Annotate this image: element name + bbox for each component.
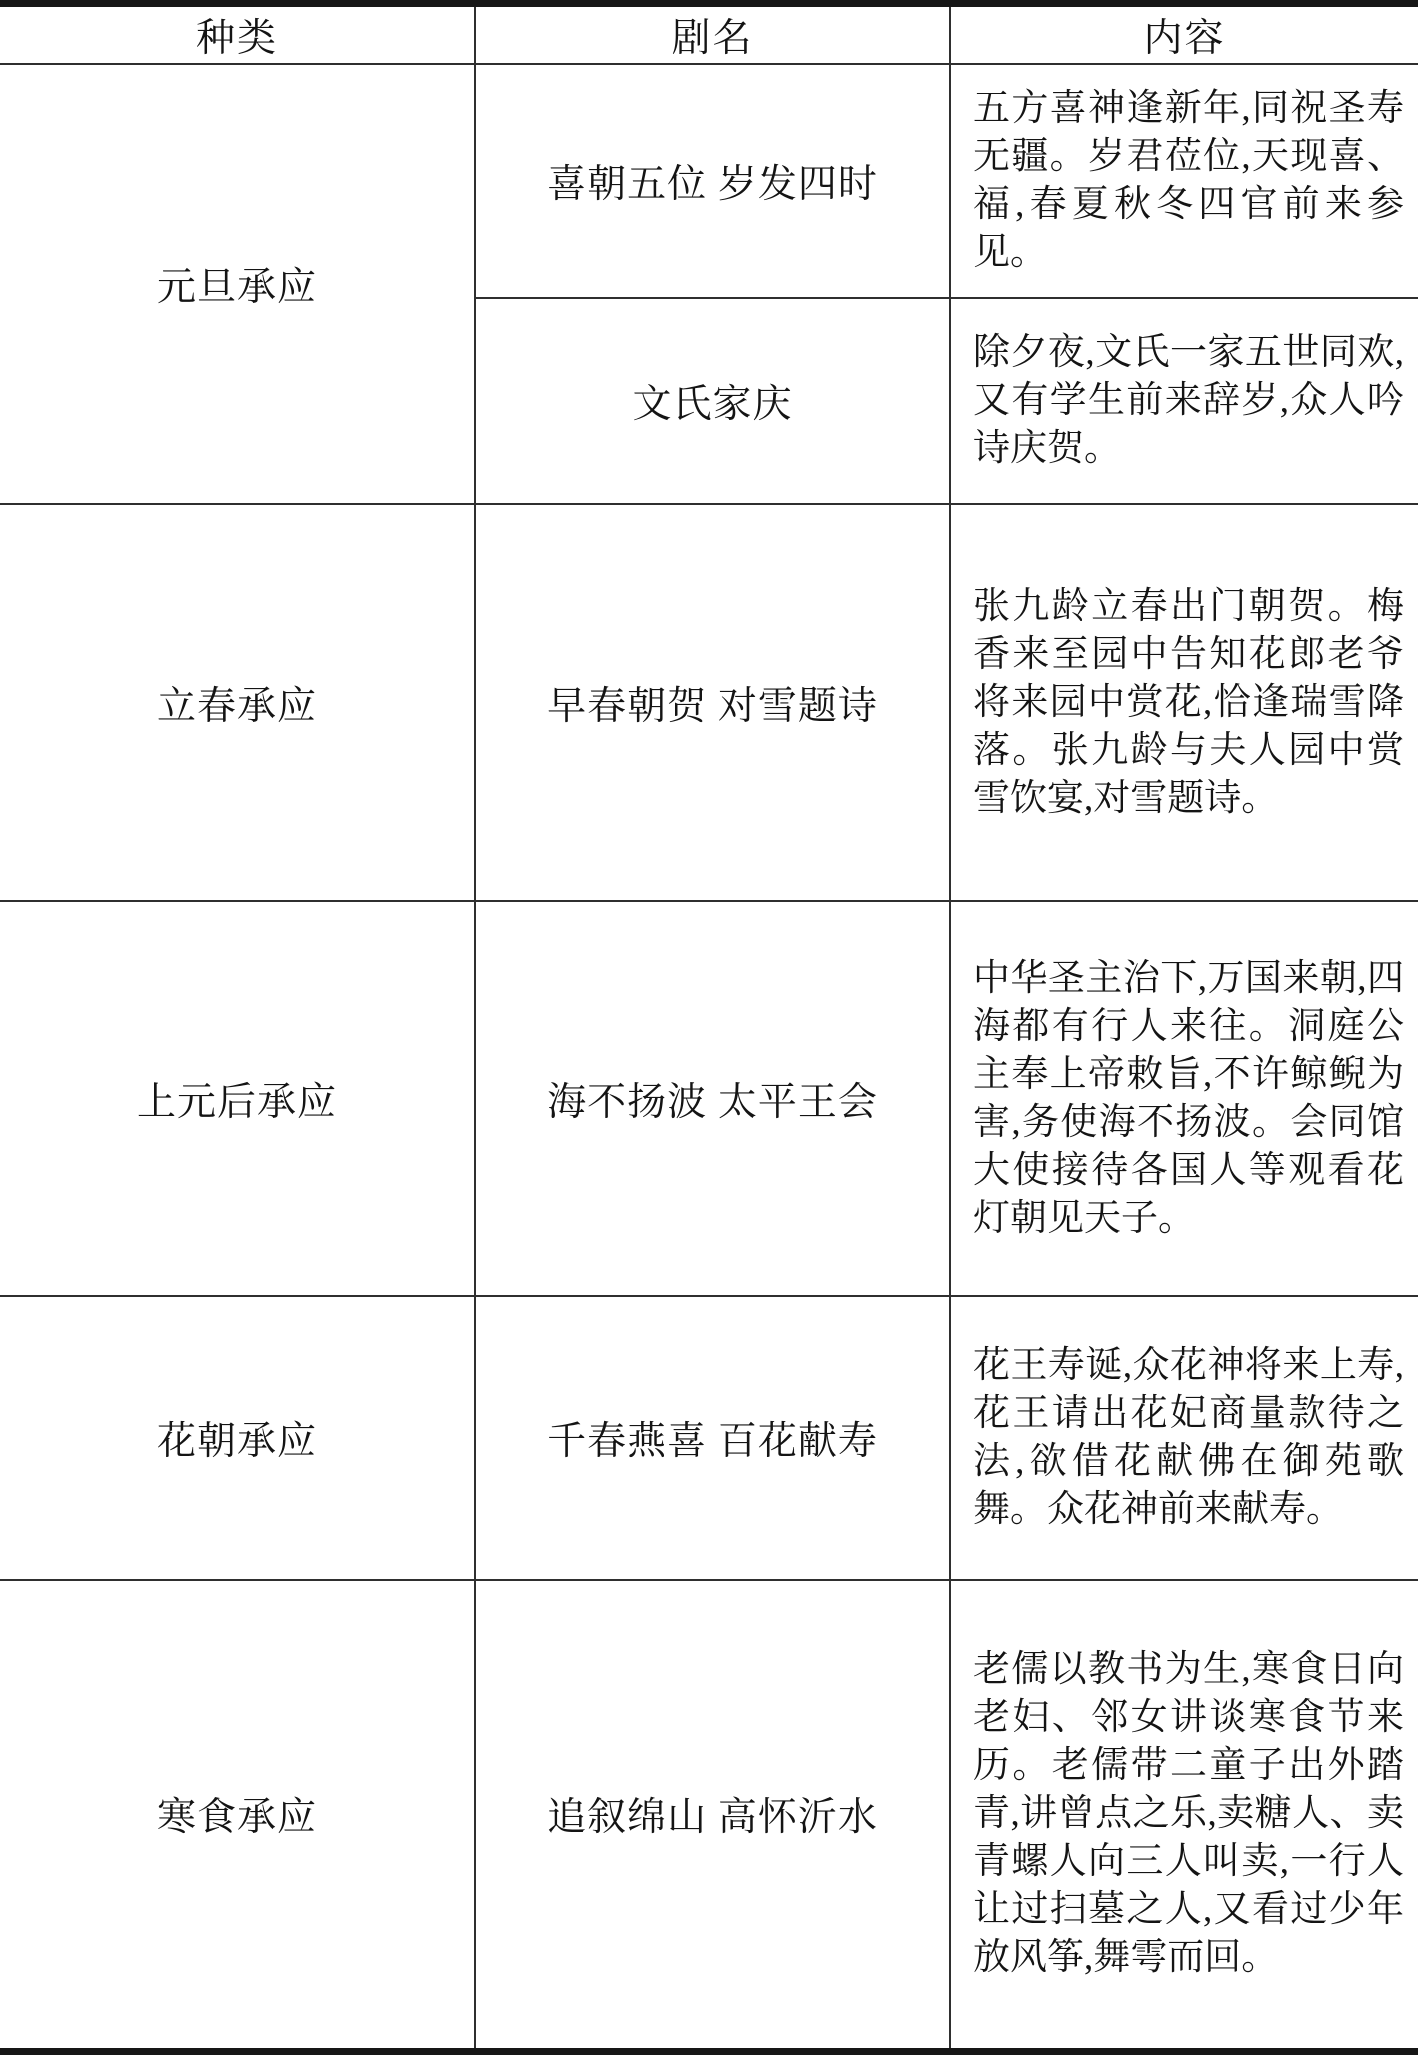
category-cell: 元旦承应 (0, 64, 475, 504)
content-cell: 除夕夜,文氏一家五世同欢,又有学生前来辞岁,众人吟诗庆贺。 (950, 298, 1418, 504)
header-row: 种类 剧名 内容 (0, 4, 1418, 65)
table-row: 立春承应 早春朝贺 对雪题诗 张九龄立春出门朝贺。梅香来至园中告知花郎老爷将来园… (0, 504, 1418, 901)
category-cell: 花朝承应 (0, 1296, 475, 1580)
play-title-cell: 早春朝贺 对雪题诗 (475, 504, 950, 901)
content-cell: 中华圣主治下,万国来朝,四海都有行人来往。洞庭公主奉上帝敕旨,不许鲸鲵为害,务使… (950, 901, 1418, 1296)
play-title-cell: 追叙绵山 高怀沂水 (475, 1580, 950, 2051)
content-cell: 张九龄立春出门朝贺。梅香来至园中告知花郎老爷将来园中赏花,恰逢瑞雪降落。张九龄与… (950, 504, 1418, 901)
category-cell: 寒食承应 (0, 1580, 475, 2051)
play-title-cell: 喜朝五位 岁发四时 (475, 64, 950, 298)
content-cell: 五方喜神逢新年,同祝圣寿无疆。岁君莅位,天现喜、福,春夏秋冬四官前来参见。 (950, 64, 1418, 298)
play-title-cell: 千春燕喜 百花献寿 (475, 1296, 950, 1580)
table-row: 上元后承应 海不扬波 太平王会 中华圣主治下,万国来朝,四海都有行人来往。洞庭公… (0, 901, 1418, 1296)
play-title-cell: 文氏家庆 (475, 298, 950, 504)
header-content: 内容 (950, 4, 1418, 65)
category-cell: 立春承应 (0, 504, 475, 901)
header-play-title: 剧名 (475, 4, 950, 65)
category-cell: 上元后承应 (0, 901, 475, 1296)
opera-repertoire-table: 种类 剧名 内容 元旦承应 喜朝五位 岁发四时 五方喜神逢新年,同祝圣寿无疆。岁… (0, 0, 1418, 2055)
table-row: 元旦承应 喜朝五位 岁发四时 五方喜神逢新年,同祝圣寿无疆。岁君莅位,天现喜、福… (0, 64, 1418, 298)
table-row: 花朝承应 千春燕喜 百花献寿 花王寿诞,众花神将来上寿,花王请出花妃商量款待之法… (0, 1296, 1418, 1580)
table-row: 寒食承应 追叙绵山 高怀沂水 老儒以教书为生,寒食日向老妇、邻女讲谈寒食节来历。… (0, 1580, 1418, 2051)
content-cell: 花王寿诞,众花神将来上寿,花王请出花妃商量款待之法,欲借花献佛在御苑歌舞。众花神… (950, 1296, 1418, 1580)
header-category: 种类 (0, 4, 475, 65)
play-title-cell: 海不扬波 太平王会 (475, 901, 950, 1296)
content-cell: 老儒以教书为生,寒食日向老妇、邻女讲谈寒食节来历。老儒带二童子出外踏青,讲曾点之… (950, 1580, 1418, 2051)
